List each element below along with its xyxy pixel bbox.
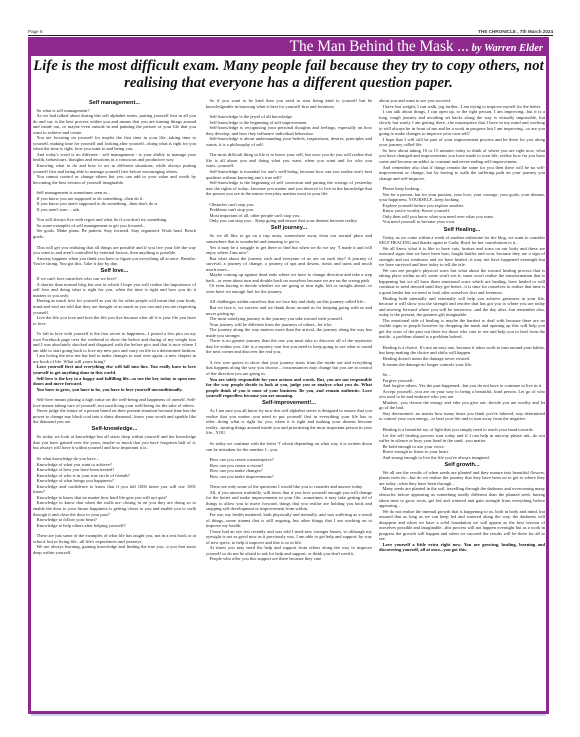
paragraph: I hope that I will still be part of your… <box>379 137 545 148</box>
section-heading: Self-knowledge... <box>33 426 196 433</box>
paragraph: These are only some of the questions I w… <box>206 484 372 490</box>
paragraph: Many seeds are planted in the soil, trav… <box>379 486 545 508</box>
paragraph: Set goals. Make plans. Be patient. Stay … <box>33 228 196 239</box>
paragraph: Knowledge to help others after helping y… <box>33 523 196 529</box>
paragraph: Healing both internally and externally w… <box>379 296 545 318</box>
section-heading: Self love... <box>33 268 196 275</box>
paragraph: Self-knowledge is essential for one's we… <box>206 169 372 180</box>
paragraph: People who offer you this support are th… <box>206 556 372 562</box>
article-title: The Man Behind the Mask ... <box>290 38 469 55</box>
paragraph: And remember also that if things remain … <box>379 165 545 182</box>
paragraph: Healing is a beautiful ray of light that… <box>379 427 545 433</box>
article-column-3: about you and want to see you succeed.I … <box>379 98 545 553</box>
paragraph: Not for a person, but for your passion, … <box>379 192 545 203</box>
paragraph: Self-love is the key to a happy and fulf… <box>33 376 196 387</box>
section-heading: Self journey... <box>206 225 372 232</box>
paragraph: So today we continue with the letter 'I'… <box>206 441 372 452</box>
paragraph: I can talk about things, I can open up, … <box>379 109 545 137</box>
paragraph: Knowledge and confidence to know that if… <box>33 484 196 495</box>
paragraph: Love yourself first and everything else … <box>33 364 196 375</box>
paragraph: Let the self healing process start today… <box>379 433 545 444</box>
paragraph: Self-knowledge is the beginning of self … <box>206 180 372 197</box>
paragraph: Stay determined...no matter how many tim… <box>379 411 545 422</box>
paragraph: You cannot control or change others but … <box>33 174 196 185</box>
paragraph: Yes it may be a struggle to get there or… <box>206 245 372 256</box>
paragraph: Anxiety happens when you think you have … <box>33 256 196 267</box>
paragraph: I have had an eye test recently and was … <box>206 529 372 546</box>
paragraph: We all know what it is like to have cuts… <box>379 246 545 268</box>
paragraph: At times you may need the help and suppo… <box>206 545 372 556</box>
paragraph: You are focusing on yourself for maybe t… <box>33 135 196 152</box>
paragraph: A few wee quotes to show that your journ… <box>206 360 372 377</box>
paragraph: And strong enough to live the life you'v… <box>379 455 545 461</box>
paragraph: This will get you realising that all thi… <box>33 245 196 256</box>
paragraph: Or even having to decide whether we are … <box>206 283 372 294</box>
article-byline: by Warren Elder <box>472 43 543 54</box>
paragraph: All, if you answer truthfully, will show… <box>206 490 372 512</box>
paragraph: How can you make improvements? <box>206 474 372 480</box>
paragraph: Mindset...you choose the energy and vibe… <box>379 400 545 411</box>
paragraph: To fall in love with yourself is the fir… <box>33 331 196 353</box>
article-banner: The Man Behind the Mask ...by Warren Eld… <box>28 37 549 56</box>
pull-quote: Life is the most difficult exam. Many pe… <box>31 58 546 92</box>
paragraph: But what about the journey each and ever… <box>206 256 372 273</box>
paragraph: There is no greater journey than the one… <box>206 338 372 355</box>
paragraph: You are solely responsible for your acti… <box>206 377 372 399</box>
paragraph: I am loving the new me but had to make c… <box>33 353 196 364</box>
paragraph: Self-love means placing a high value on … <box>33 397 196 408</box>
paragraph: We can see people's physical scars but w… <box>379 268 545 296</box>
paragraph: A shorter than normal blog but one in wh… <box>33 282 196 299</box>
paragraph: So today we look at knowledge but all st… <box>33 434 196 451</box>
paragraph: Knowing what to do and how to act in dif… <box>33 163 196 174</box>
paragraph: We do not realise the internal growth th… <box>379 509 545 542</box>
paragraph: These are just some of the examples of w… <box>33 533 196 544</box>
paragraph: Love yourself a little extra right now. … <box>379 542 545 553</box>
header-rule <box>28 35 553 36</box>
paragraph: Self-knowledge is recognising your perso… <box>206 125 372 136</box>
paragraph: Live the life you love and love the life… <box>33 315 196 326</box>
paragraph: Today, as we come within a week of anoth… <box>379 235 545 246</box>
paragraph: Never judge the future of a person based… <box>33 408 196 425</box>
paragraph: As I am sure you all know by now this se… <box>206 408 372 436</box>
paragraph: So we all like to go on a trip away, som… <box>206 233 372 244</box>
section-heading: Self-improvement!... <box>206 400 372 407</box>
paragraph: Maybe coming up against dead ends where … <box>206 272 372 283</box>
section-heading: Self growth... <box>379 462 545 469</box>
paragraph: The emotional side of healing is maybe t… <box>379 318 545 340</box>
article-column-2: So if you want to be kind then you need … <box>206 98 372 562</box>
section-heading: Self Healing... <box>379 227 545 234</box>
paragraph: So how about taking 10 or 15 minutes tod… <box>379 148 545 165</box>
page-number: Page 8 <box>28 29 43 34</box>
paragraph: Accept yourself...you are on your way to… <box>379 389 545 400</box>
paragraph: You have to grow, you have to be, you ha… <box>33 387 196 393</box>
publication-dateline: THE CHRONICLE , 7th March 2024 <box>478 29 553 34</box>
article-column-1: Self management...So what is self manage… <box>33 98 196 555</box>
section-heading: Self management... <box>33 100 196 107</box>
paragraph: Healing is a choice. It's not an easy on… <box>379 345 545 356</box>
paragraph: And today's word is no different - self … <box>33 152 196 163</box>
paragraph: You need yourself to become your own. <box>379 219 545 225</box>
paragraph: And forgive others. Yes the past happene… <box>379 383 545 389</box>
paragraph: Knowledge to know that when the walls ar… <box>33 500 196 517</box>
paragraph: We all see the results of when seeds are… <box>379 470 545 487</box>
paragraph: For me, my health mattered, both physica… <box>206 512 372 529</box>
paragraph: Only you can stop you... Keep going and … <box>206 218 372 224</box>
paragraph: The most difficult thing in life is to k… <box>206 152 372 169</box>
frame-shadow <box>31 714 546 716</box>
paragraph: As we had talked about during this self … <box>33 113 196 135</box>
paragraph: But we face it, we survive and we thank … <box>206 305 372 316</box>
paragraph: So if you want to be kind then you need … <box>206 98 372 109</box>
paragraph: We are always learning, gaining knowledg… <box>33 544 196 555</box>
paragraph: It means the damage no longer controls y… <box>379 362 545 368</box>
paragraph: Self-knowledge is about understanding yo… <box>206 136 372 147</box>
paragraph: If you aren't sure.... ask. <box>33 207 196 213</box>
paragraph: The journey along the way matters more t… <box>206 327 372 338</box>
paragraph: Having as much love for yourself as you … <box>33 298 196 315</box>
